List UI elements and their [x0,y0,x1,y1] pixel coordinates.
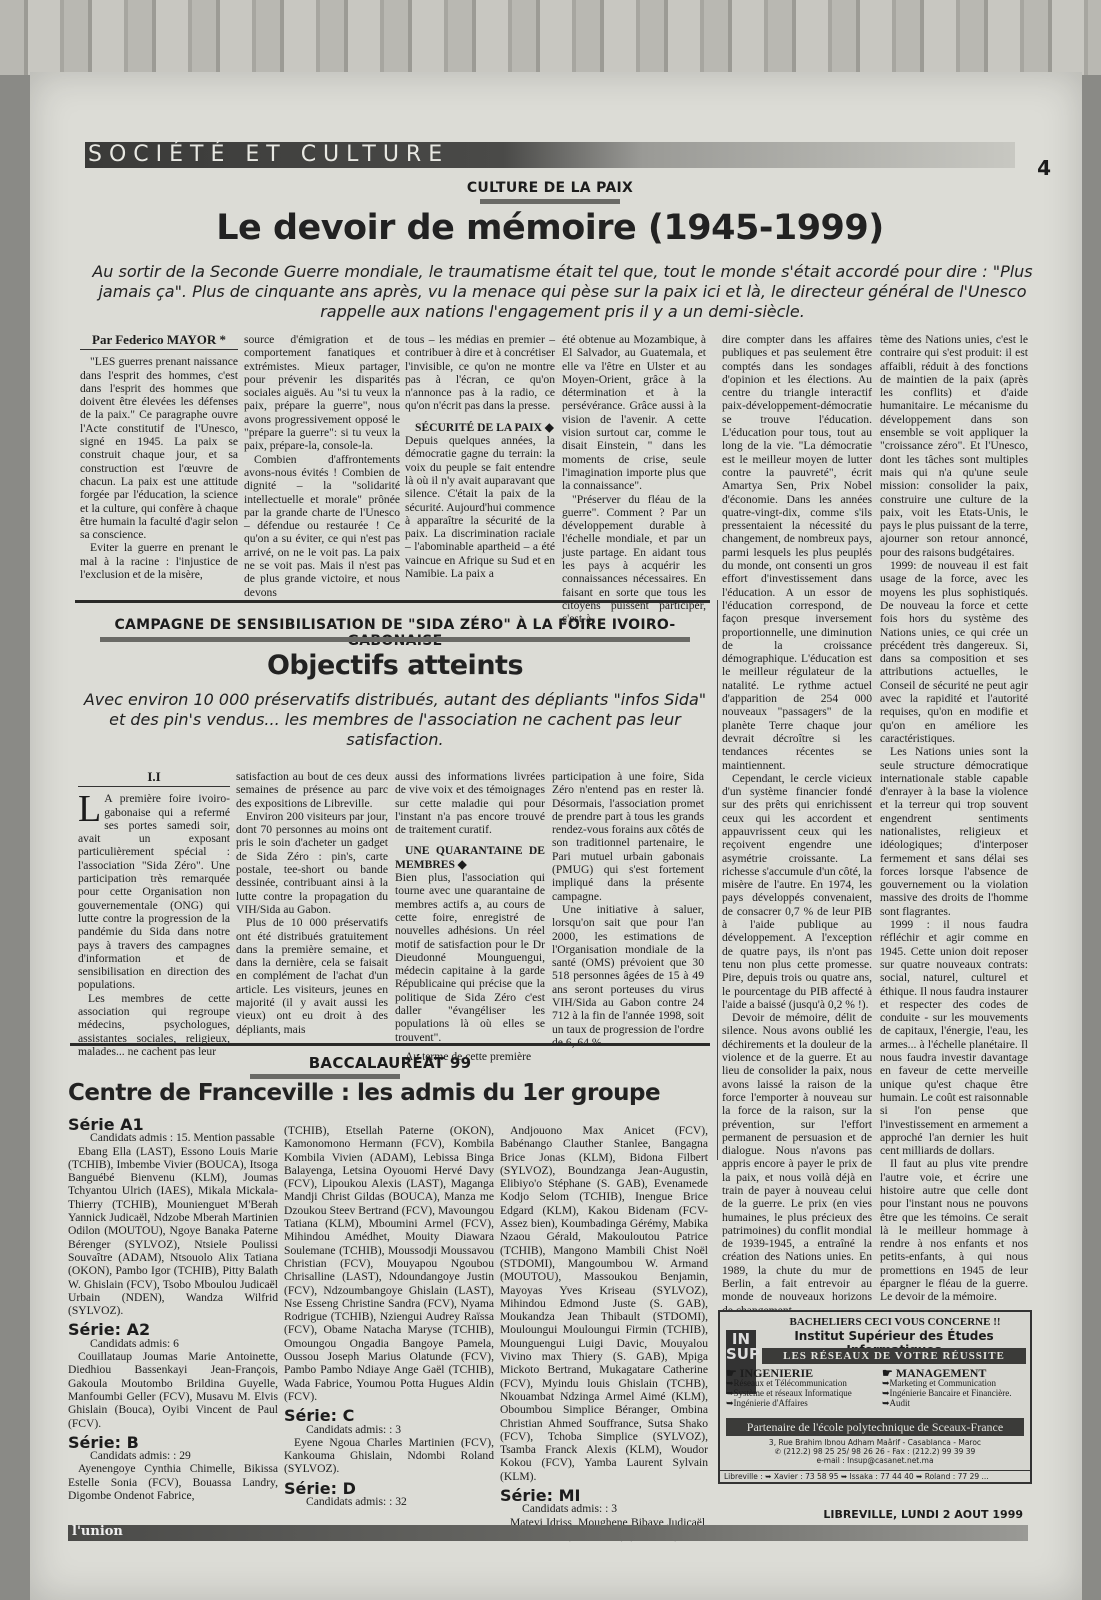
serie-title: Série: MI [500,1489,708,1502]
paragraph: aussi des informations livrées de vive v… [395,770,545,836]
background-wall [0,0,1101,75]
ad-management: ☛ MANAGEMENT ➥Marketing et Communication… [882,1368,1027,1408]
article1-column-2: source d'émigration et de comportement f… [244,333,400,599]
paragraph: Depuis quelques années, la démocratie ga… [405,434,555,580]
newspaper-logo: l'union [72,1524,123,1539]
article1-byline: Par Federico MAYOR * [80,333,238,350]
paragraph: 1999: de nouveau il est fait usage de la… [880,559,1028,745]
kicker-underline [480,199,620,204]
results-column-1: Série A1 Candidats admis : 15. Mention p… [68,1118,278,1502]
article1-column-4: été obtenue au Mozambique, à El Salvador… [562,333,706,626]
candidate-count: Candidats admis: 6 [68,1337,278,1350]
paragraph: Plus de 10 000 préservatifs ont été dist… [236,916,388,1036]
paragraph: Les Nations unies sont la seule structur… [880,745,1028,918]
ad-address: 3, Rue Brahim Ibnou Adham Maârif - Casab… [726,1438,1024,1447]
candidate-list: Ebang Ella (LAST), Essono Louis Marie (T… [68,1145,278,1318]
ad-item: ➥Audit [882,1398,1027,1408]
serie-title: Série: B [68,1436,278,1449]
serie-title: Série: A2 [68,1323,278,1336]
article3-kicker: Baccalauréat 99 [260,1054,520,1072]
article2-column-4: participation à une foire, Sida Zéro n'e… [552,770,704,1049]
paragraph: "Préserver du fléau de la guerre". Comme… [562,493,706,626]
paragraph: été obtenue au Mozambique, à El Salvador… [562,333,706,493]
article1-column-6: tème des Nations unies, c'est le contrai… [880,333,1028,1367]
paragraph: dire compter dans les affaires publiques… [722,333,872,772]
serie-title: Série: D [284,1482,494,1495]
results-column-2: (TCHIB), Etsellah Paterne (OKON), Kamono… [284,1124,494,1508]
paragraph: Une initiative à saluer, lorsqu'on sait … [552,903,704,1049]
drop-cap: L [78,794,101,824]
serie-title: Série: C [284,1409,494,1422]
ad-contact-block: 3, Rue Brahim Ibnou Adham Maârif - Casab… [726,1438,1024,1465]
paragraph: Environ 200 visiteurs par jour, dont 70 … [236,810,388,916]
paragraph: satisfaction au bout de ces deux semaine… [236,770,388,810]
article2-byline: I.I [78,770,230,787]
paragraph: Il faut au plus vite prendre l'autre voi… [880,1157,1028,1303]
column-divider [717,600,718,1160]
ad-section-head: ☛ MANAGEMENT [882,1368,1027,1378]
article1-kicker: Culture de la paix [430,180,670,196]
paragraph: tème des Nations unies, c'est le contrai… [880,333,1028,559]
ad-item: ➥Ingénierie Bancaire et Financière. [882,1388,1027,1398]
article2-column-3: aussi des informations livrées de vive v… [395,770,545,1063]
kicker-underline [100,637,690,642]
candidate-list: Eyene Ngoua Charles Martinien (FCV), Kan… [284,1436,494,1476]
paragraph: 1999 : il nous faudra réfléchir et agir … [880,918,1028,1157]
ad-engineering: ☛ INGENIERIE ➥Réseaux et Télécommunicati… [726,1368,876,1408]
insup-advertisement[interactable]: IN SUP BACHELIERS CECI VOUS CONCERNE !! … [718,1310,1032,1484]
ad-item: ➥Réseaux et Télécommunication [726,1378,876,1388]
section-title: SOCIÉTÉ ET CULTURE [88,142,449,168]
ad-slogan: LES RÉSEAUX DE VOTRE RÉUSSITE [762,1348,1026,1364]
candidate-list: Andjouono Max Anicet (FCV), Babénango Cl… [500,1124,708,1483]
footer-bar [68,1525,1028,1541]
paragraph: Eviter la guerre en prenant le mal à la … [80,541,238,581]
article1-column-3: tous – les médias en premier – contribue… [405,333,555,580]
results-column-3: Andjouono Max Anicet (FCV), Babénango Cl… [500,1124,708,1542]
article1-headline: Le devoir de mémoire (1945-1999) [150,208,950,248]
paragraph: participation à une foire, Sida Zéro n'e… [552,770,704,903]
article3-headline: Centre de Franceville : les admis du 1er… [68,1080,708,1106]
article2-kicker: Campagne de sensibilisation de "Sida Zér… [100,617,690,649]
candidate-list: Ayenengoye Cynthia Chimelle, Bikissa Est… [68,1462,278,1502]
ad-email: e-mail : Insup@casanet.net.ma [726,1456,1024,1465]
article-divider [70,1043,710,1046]
candidate-count: Candidats admis: : 29 [68,1449,278,1462]
ad-header: BACHELIERS CECI VOUS CONCERNE !! [764,1316,1026,1328]
paragraph: Les membres de cette association qui reg… [78,992,230,1058]
ad-item: ➥Marketing et Communication [882,1378,1027,1388]
paragraph: Devoir de mémoire, délit de silence. Nou… [722,1011,872,1317]
article1-deck: Au sortir de la Seconde Guerre mondiale,… [85,262,1040,322]
candidate-list: (TCHIB), Etsellah Paterne (OKON), Kamono… [284,1124,494,1403]
ad-item: ➥Ingénierie d'Affaires [726,1398,876,1408]
paragraph: "LES guerres prenant naissance dans l'es… [80,355,238,541]
candidate-count: Candidats admis : 15. Mention passable [68,1131,278,1144]
kicker-underline [250,1074,400,1079]
ad-partner: Partenaire de l'école polytechnique de S… [726,1418,1024,1436]
page-number: 4 [1037,156,1051,180]
ad-local-contacts: Libreville : ➥ Xavier : 73 58 95 ➥ Issak… [720,1470,1030,1482]
paragraph: source d'émigration et de comportement f… [244,333,400,453]
ad-section-head: ☛ INGENIERIE [726,1368,876,1378]
paragraph: Combien d'affrontements avons-nous évité… [244,453,400,599]
article-divider [75,600,710,603]
article2-headline: Objectifs atteints [100,650,690,681]
ad-item: ➥Système et réseaux Informatique [726,1388,876,1398]
article1-column-5: dire compter dans les affaires publiques… [722,333,872,1378]
ad-phone: ✆ (212.2) 98 25 25/ 98 26 26 - Fax : (21… [726,1447,1024,1456]
paragraph: Bien plus, l'association qui tourne avec… [395,871,545,1044]
article2-deck: Avec environ 10 000 préservatifs distrib… [80,690,710,750]
paragraph: tous – les médias en premier – contribue… [405,333,555,413]
candidate-list: Couillataup Joumas Marie Antoinette, Die… [68,1350,278,1430]
paragraph: Cependant, le cercle vicieux d'un systèm… [722,772,872,1011]
article2-column-2: satisfaction au bout de ces deux semaine… [236,770,388,1036]
dateline: LIBREVILLE, LUNDI 2 AOUT 1999 [823,1508,1023,1521]
candidate-count: Candidats admis: : 3 [500,1502,708,1515]
candidate-count: Candidats admis: : 3 [284,1423,494,1436]
serie-title: Série A1 [68,1118,278,1131]
article1-column-1: Par Federico MAYOR * "LES guerres prenan… [80,333,238,581]
article2-column-1: I.I L A première foire ivoiro-gabonaise … [78,770,230,1058]
candidate-count: Candidats admis: : 32 [284,1495,494,1508]
intertitle: UNE QUARANTAINE DE MEMBRES ◆ [395,844,545,871]
intertitle: SÉCURITÉ DE LA PAIX ◆ [405,421,555,434]
